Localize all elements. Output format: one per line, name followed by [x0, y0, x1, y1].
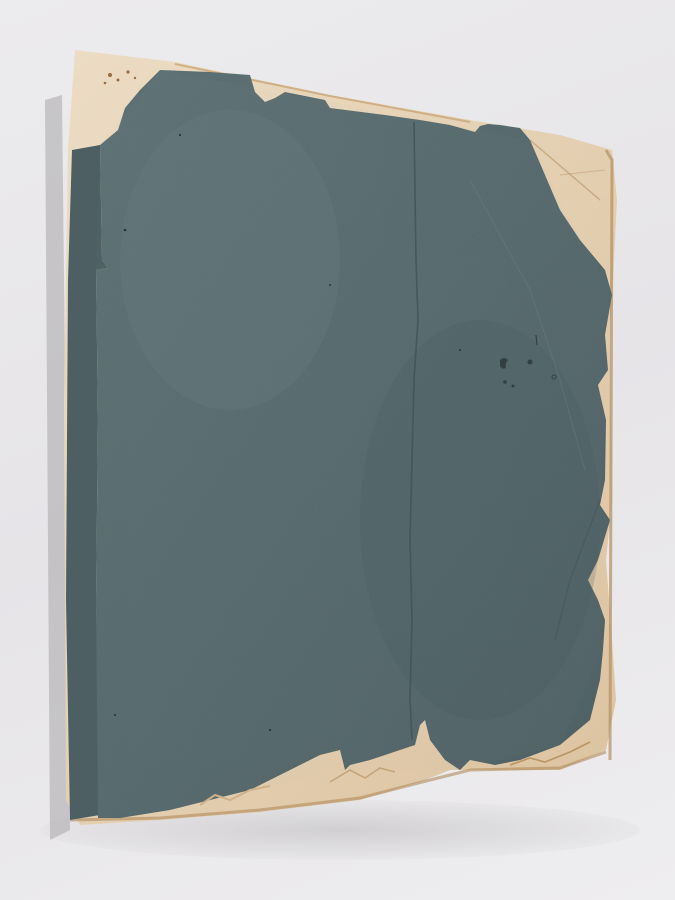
book-illustration: [0, 0, 675, 900]
photo-scene: [0, 0, 675, 900]
